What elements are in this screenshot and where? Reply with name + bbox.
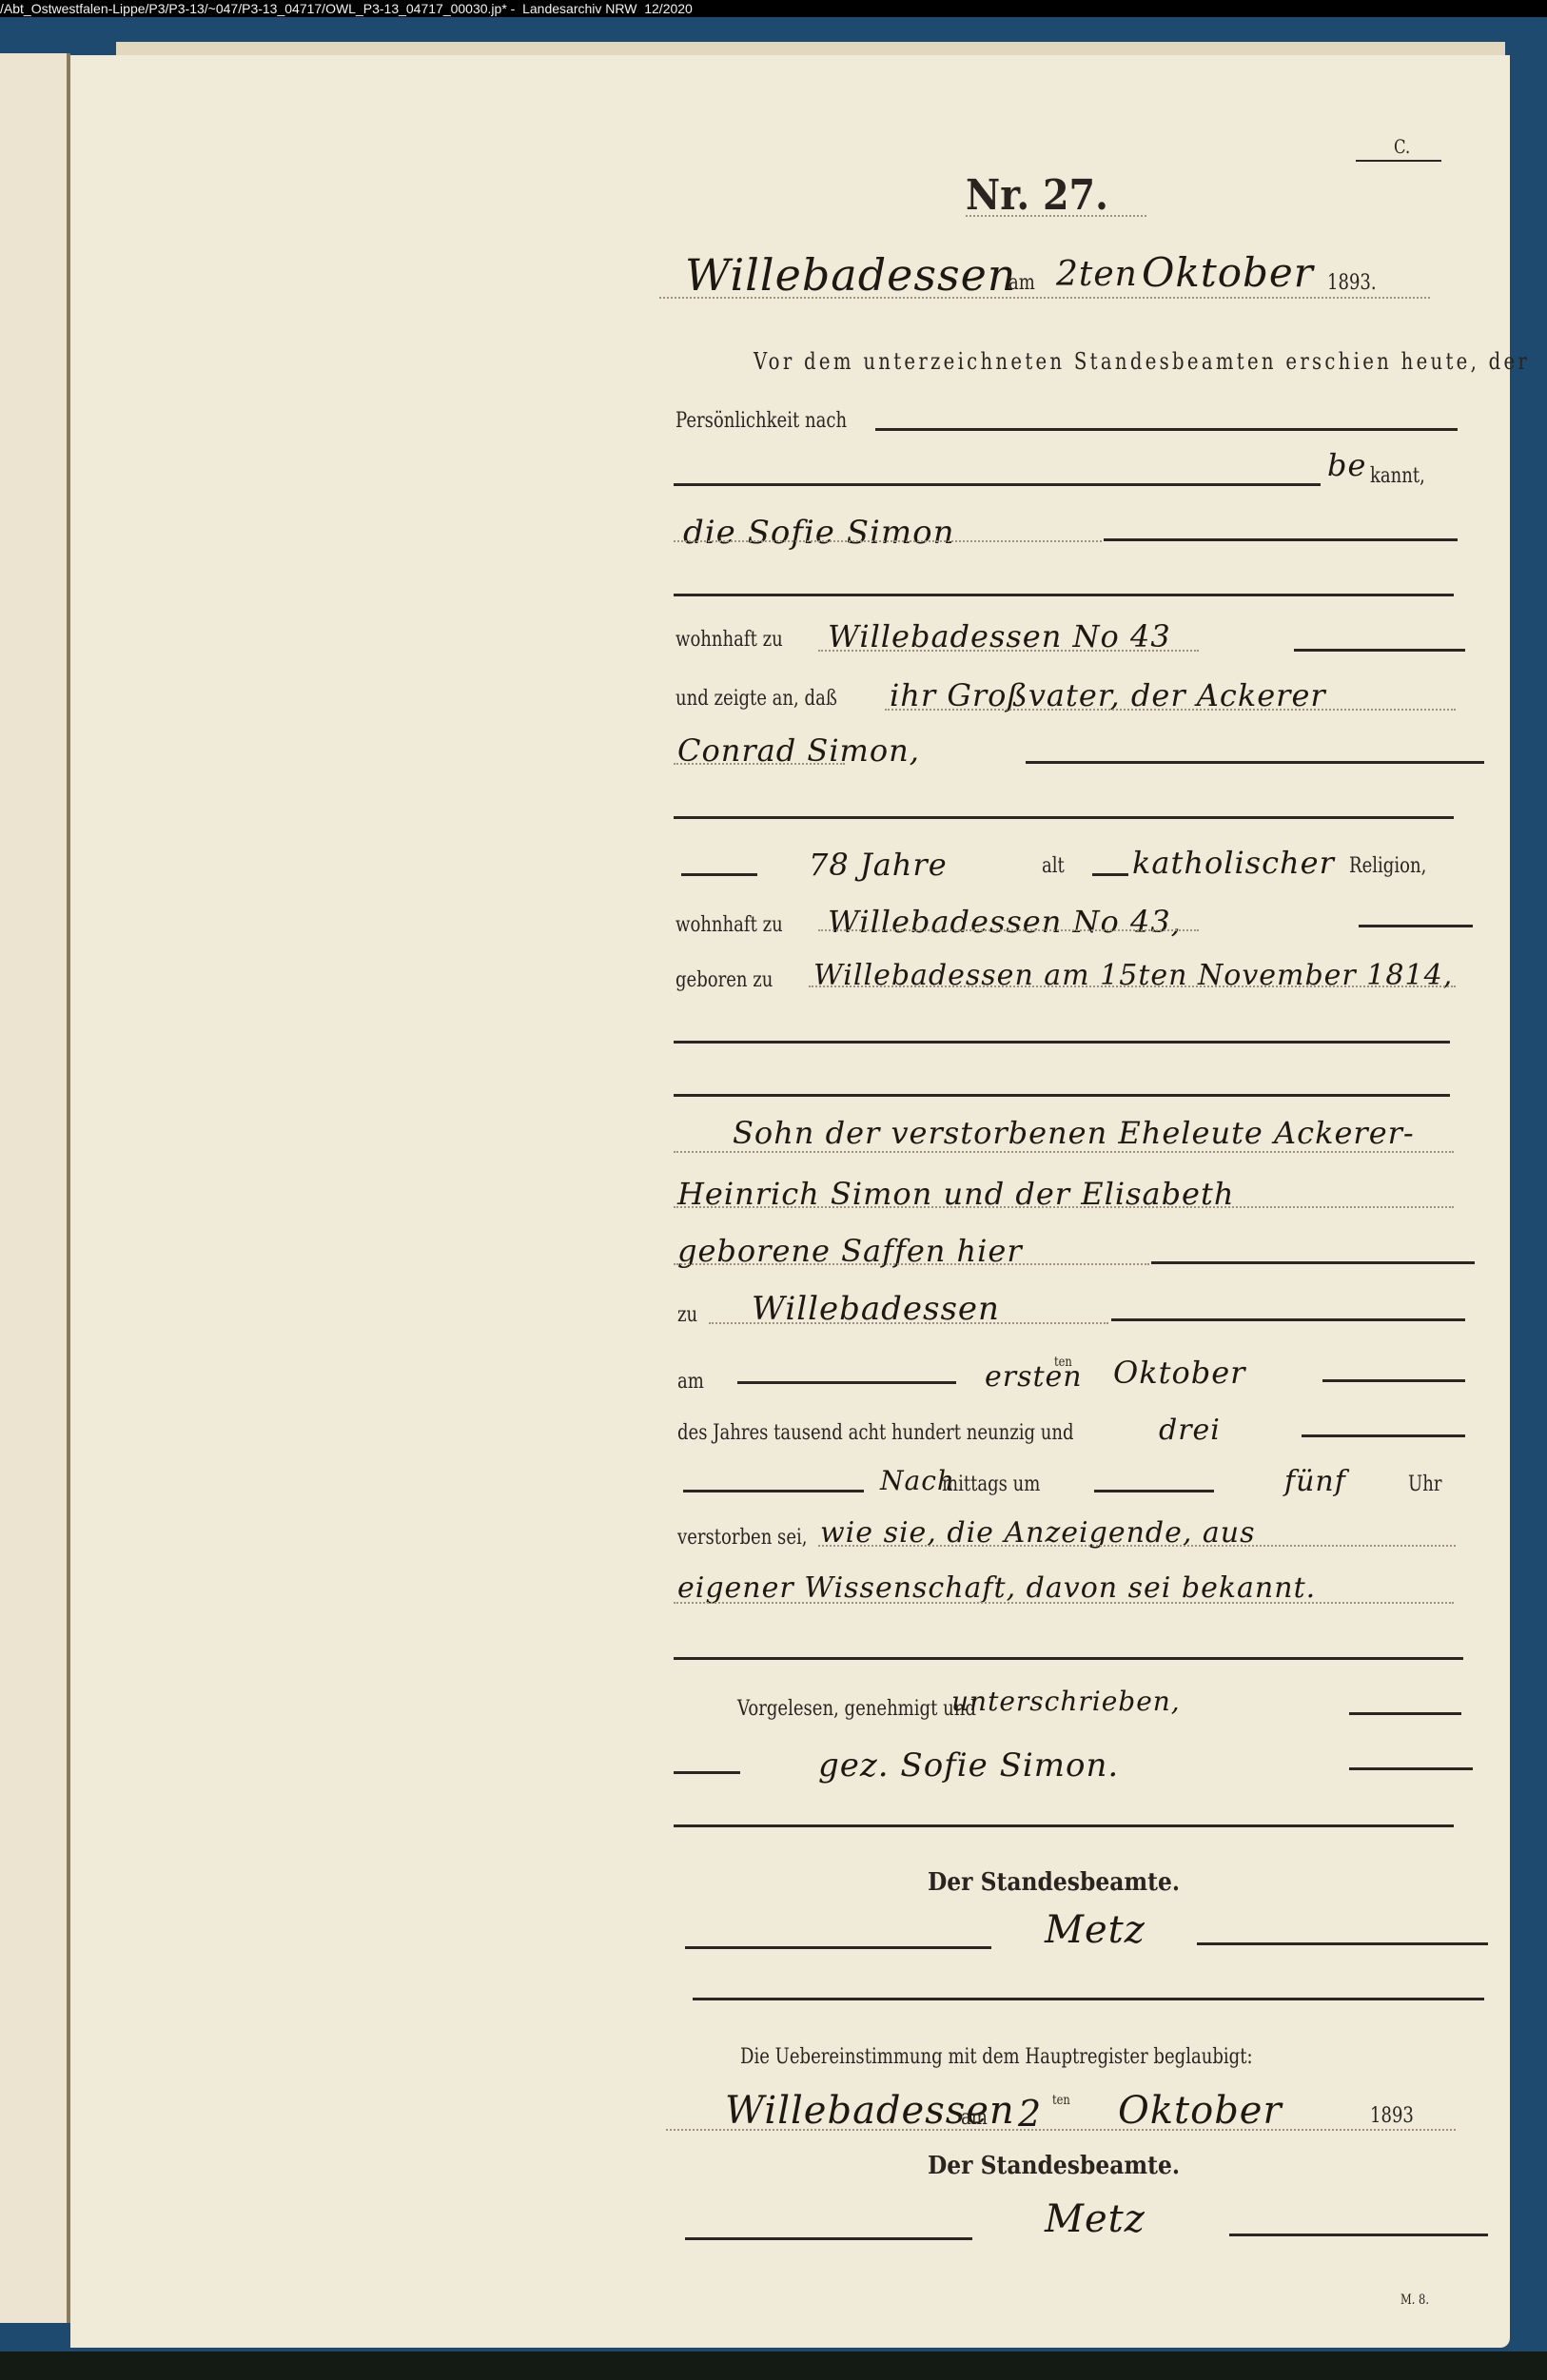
dots-line-13 [709, 1322, 1108, 1324]
dots-line-12 [674, 1263, 1149, 1265]
rule-registrar-a [685, 1946, 991, 1949]
signed-handwritten: unterschrieben, [951, 1686, 1181, 1717]
registrar-signature: Metz [1045, 1908, 1146, 1952]
rule-line-12 [1151, 1261, 1475, 1264]
informant-signature: gez. Sofie Simon. [818, 1746, 1119, 1785]
form-code: C. [1394, 135, 1410, 158]
dots-line-11 [674, 1206, 1454, 1208]
year-label: 1893. [1327, 271, 1377, 295]
place-handwritten: Willebadessen [685, 249, 1016, 301]
cert-dots [666, 2129, 1456, 2131]
am-label-2: am [677, 1370, 704, 1394]
record-number-dots [966, 215, 1146, 217]
rule-line-14b [1322, 1379, 1465, 1382]
year-text: des Jahres tausend acht hundert neunzig … [677, 1421, 1074, 1445]
dots-line-9 [809, 985, 1456, 987]
footer-mark: M. 8. [1400, 2292, 1429, 2308]
rule-line-3 [1104, 538, 1458, 541]
book-gutter [67, 53, 70, 2323]
rule-line-16b [1094, 1490, 1214, 1492]
record-number: Nr. 27. [966, 171, 1108, 220]
rule-line-4 [1294, 649, 1465, 652]
dots-line-6 [674, 763, 845, 765]
knowledge-handwritten-2: eigener Wissenschaft, davon sei bekannt. [677, 1571, 1316, 1605]
age-handwritten: 78 Jahre [809, 847, 948, 883]
report-label: und zeigte an, daß [676, 687, 837, 711]
residence-label-2: wohnhaft zu [676, 913, 783, 937]
rule-age-prefix [681, 873, 757, 876]
dots-line-3 [674, 540, 1102, 542]
intro-text: Vor dem unterzeichneten Standesbeamten e… [754, 348, 1530, 375]
cert-am-label: am [961, 2106, 988, 2130]
residence-label-1: wohnhaft zu [676, 628, 783, 652]
rule-line-3b [674, 594, 1454, 596]
scan-background [0, 2351, 1547, 2380]
dots-line-18 [674, 1602, 1454, 1604]
cert-registrar-signature: Metz [1045, 2197, 1146, 2241]
rule-line-1 [875, 428, 1458, 431]
cert-registrar-heading: Der Standesbeamte. [928, 2152, 1180, 2180]
dots-line-17 [818, 1545, 1456, 1547]
died-label: verstorben sei, [677, 1526, 808, 1550]
rule-line-14a [737, 1381, 956, 1384]
rule-cert-a [685, 2237, 972, 2240]
rule-sig-a [674, 1771, 740, 1774]
informant-name-handwritten: die Sofie Simon [683, 514, 955, 552]
certification-label: Die Uebereinstimmung mit dem Hauptregist… [740, 2045, 1253, 2069]
rule-religion-prefix [1092, 873, 1128, 876]
cert-year: 1893 [1370, 2104, 1414, 2128]
year-handwritten: drei [1159, 1414, 1221, 1447]
rule-line-16a [683, 1490, 864, 1492]
uhr-label: Uhr [1408, 1473, 1441, 1496]
window-title: /Abt_Ostwestfalen-Lippe/P3/P3-13/~047/P3… [0, 0, 1547, 17]
day-superscript: ten [1054, 1355, 1072, 1370]
known-prefix-handwritten: be [1327, 447, 1366, 483]
rule-registrar-b [1197, 1942, 1488, 1945]
religion-label: Religion, [1349, 854, 1426, 878]
rule-line-2 [674, 483, 1321, 486]
dots-line-5 [885, 709, 1456, 711]
parents-line-1: Sohn der verstorbenen Eheleute Ackerer- [733, 1115, 1415, 1151]
religion-handwritten: katholischer [1132, 845, 1335, 881]
rule-sig-b [1349, 1767, 1473, 1770]
rule-line-6 [1026, 761, 1484, 764]
rule-sig-c [674, 1824, 1454, 1827]
day-handwritten: 2ten [1056, 255, 1138, 294]
personality-label: Persönlichkeit nach [676, 409, 847, 433]
rule-cert-b [1229, 2234, 1488, 2236]
registrar-heading: Der Standesbeamte. [928, 1868, 1180, 1897]
place-date-dots [659, 297, 1430, 299]
hour-handwritten: fünf [1284, 1465, 1346, 1498]
left-page-edge [0, 53, 69, 2323]
rule-line-6b [674, 816, 1454, 819]
rule-line-18b [674, 1657, 1463, 1660]
known-label: kannt, [1370, 464, 1425, 488]
cert-month-handwritten: Oktober [1118, 2089, 1283, 2133]
read-approved-label: Vorgelesen, genehmigt und [737, 1697, 976, 1721]
am-label: am [1008, 271, 1035, 295]
dots-line-10 [674, 1151, 1454, 1153]
zu-label: zu [677, 1303, 697, 1327]
residence-handwritten-2: Willebadessen No 43, [828, 904, 1182, 940]
rule-read-approved [1349, 1712, 1461, 1715]
rule-registrar-c [693, 1998, 1484, 2000]
cert-day-suffix: ten [1052, 2093, 1070, 2108]
rule-blank-1 [674, 1041, 1450, 1044]
rule-blank-2 [674, 1094, 1450, 1097]
rule-line-15 [1302, 1434, 1465, 1437]
death-month-handwritten: Oktober [1113, 1355, 1245, 1391]
dots-line-8 [818, 929, 1199, 931]
form-code-rule [1356, 160, 1441, 162]
rule-line-8 [1359, 925, 1473, 927]
month-handwritten: Oktober [1142, 249, 1314, 296]
dots-line-4 [818, 650, 1199, 652]
rule-line-13 [1111, 1318, 1465, 1321]
born-label: geboren zu [676, 968, 773, 992]
mittags-label: mittags um [942, 1473, 1040, 1496]
alt-label: alt [1042, 854, 1065, 878]
